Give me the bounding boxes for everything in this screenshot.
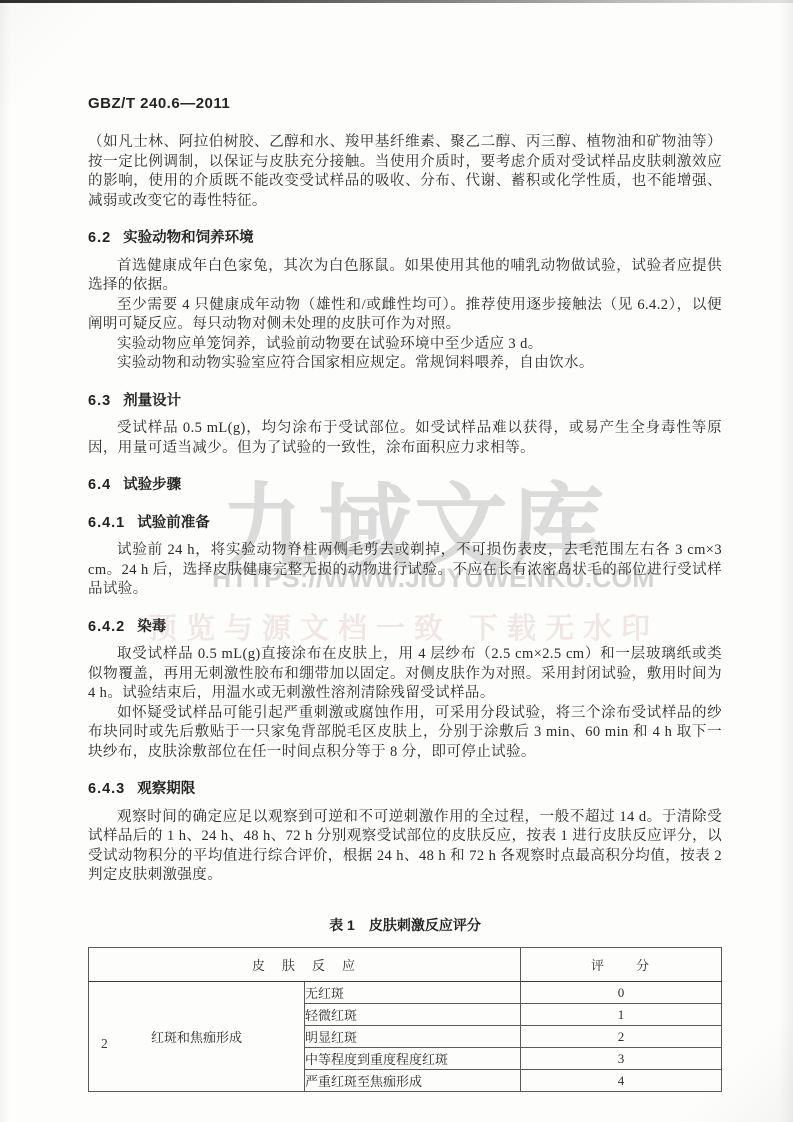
section-title: 观察期限: [137, 781, 195, 797]
table-cell-score: 2: [521, 1026, 722, 1048]
table-cell-label: 严重红斑至焦痂形成: [305, 1070, 521, 1092]
section-title: 染毒: [137, 619, 166, 635]
table-caption-title: 皮肤刺激反应评分: [369, 917, 481, 933]
table-header-row: 皮 肤 反 应 评 分: [89, 948, 722, 982]
table-cell-label: 无红斑: [305, 982, 521, 1004]
section-heading-6-3: 6.3剂量设计: [88, 392, 722, 412]
scan-artifact-left-edge: [0, 0, 10, 1122]
skin-reaction-score-table: 皮 肤 反 应 评 分 红斑和焦痂形成 无红斑 0 轻微红斑 1 明显红斑 2 …: [88, 947, 722, 1092]
section-heading-6-4-2: 6.4.2染毒: [88, 618, 722, 638]
document-content: GBZ/T 240.6—2011 （如凡士林、阿拉伯树胶、乙醇和水、羧甲基纤维素…: [88, 94, 722, 1092]
section-title: 试验步骤: [123, 477, 181, 493]
paragraph: 观察时间的确定应足以观察到可逆和不可逆刺激作用的全过程，一般不超过 14 d。于…: [88, 808, 722, 886]
table-header-reaction: 皮 肤 反 应: [89, 948, 521, 982]
section-number: 6.4.3: [88, 781, 125, 797]
table-cell-score: 3: [521, 1048, 722, 1070]
section-heading-6-4-3: 6.4.3观察期限: [88, 780, 722, 800]
scanned-document-page: 九域文库 HTTPS://WWW.JIUYUWENKU.COM 预览与源文档一致…: [0, 0, 793, 1122]
table-caption-number: 表 1: [329, 917, 355, 933]
table-cell-score: 1: [521, 1004, 722, 1026]
paragraph: 如怀疑受试样品可能引起严重刺激或腐蚀作用，可采用分段试验，将三个涂布受试样品的纱…: [88, 704, 722, 763]
paragraph: 取受试样品 0.5 mL(g)直接涂布在皮肤上，用 4 层纱布（2.5 cm×2…: [88, 645, 722, 704]
section-title: 剂量设计: [123, 393, 181, 409]
section-title: 试验前准备: [137, 515, 210, 531]
section-title: 实验动物和饲养环境: [123, 230, 254, 246]
paragraph: 实验动物和动物实验室应符合国家相应规定。常规饲料喂养，自由饮水。: [88, 354, 722, 374]
paragraph: 受试样品 0.5 mL(g)，均匀涂布于受试部位。如受试样品难以获得，或易产生全…: [88, 419, 722, 458]
section-number: 6.4.2: [88, 619, 125, 635]
section-number: 6.4: [88, 477, 111, 493]
table-group-label: 红斑和焦痂形成: [89, 982, 305, 1092]
section-heading-6-4: 6.4试验步骤: [88, 476, 722, 496]
table-cell-label: 明显红斑: [305, 1026, 521, 1048]
section-heading-6-2: 6.2实验动物和饲养环境: [88, 229, 722, 249]
table-caption: 表 1皮肤刺激反应评分: [88, 916, 722, 936]
page-number: 2: [101, 1036, 108, 1052]
intro-paragraph: （如凡士林、阿拉伯树胶、乙醇和水、羧甲基纤维素、聚乙二醇、丙三醇、植物油和矿物油…: [88, 133, 722, 211]
section-heading-6-4-1: 6.4.1试验前准备: [88, 514, 722, 534]
paragraph: 至少需要 4 只健康成年动物（雄性和/或雌性均可）。推荐使用逐步接触法（见 6.…: [88, 296, 722, 335]
table-cell-label: 轻微红斑: [305, 1004, 521, 1026]
section-number: 6.3: [88, 393, 111, 409]
paragraph: 实验动物应单笼饲养，试验前动物要在试验环境中至少适应 3 d。: [88, 335, 722, 355]
scan-artifact-right-edge: [779, 0, 793, 1122]
scan-artifact-top-line: [0, 0, 793, 3]
table-cell-score: 4: [521, 1070, 722, 1092]
standard-number: GBZ/T 240.6—2011: [88, 94, 722, 113]
section-number: 6.4.1: [88, 515, 125, 531]
paragraph: 试验前 24 h，将实验动物脊柱两侧毛剪去或剃掉，不可损伤表皮，去毛范围左右各 …: [88, 541, 722, 600]
table-cell-score: 0: [521, 982, 722, 1004]
section-number: 6.2: [88, 230, 111, 246]
table-row: 红斑和焦痂形成 无红斑 0: [89, 982, 722, 1004]
paragraph: 首选健康成年白色家兔，其次为白色豚鼠。如果使用其他的哺乳动物做试验，试验者应提供…: [88, 257, 722, 296]
table-header-score: 评 分: [521, 948, 722, 982]
table-cell-label: 中等程度到重度程度红斑: [305, 1048, 521, 1070]
